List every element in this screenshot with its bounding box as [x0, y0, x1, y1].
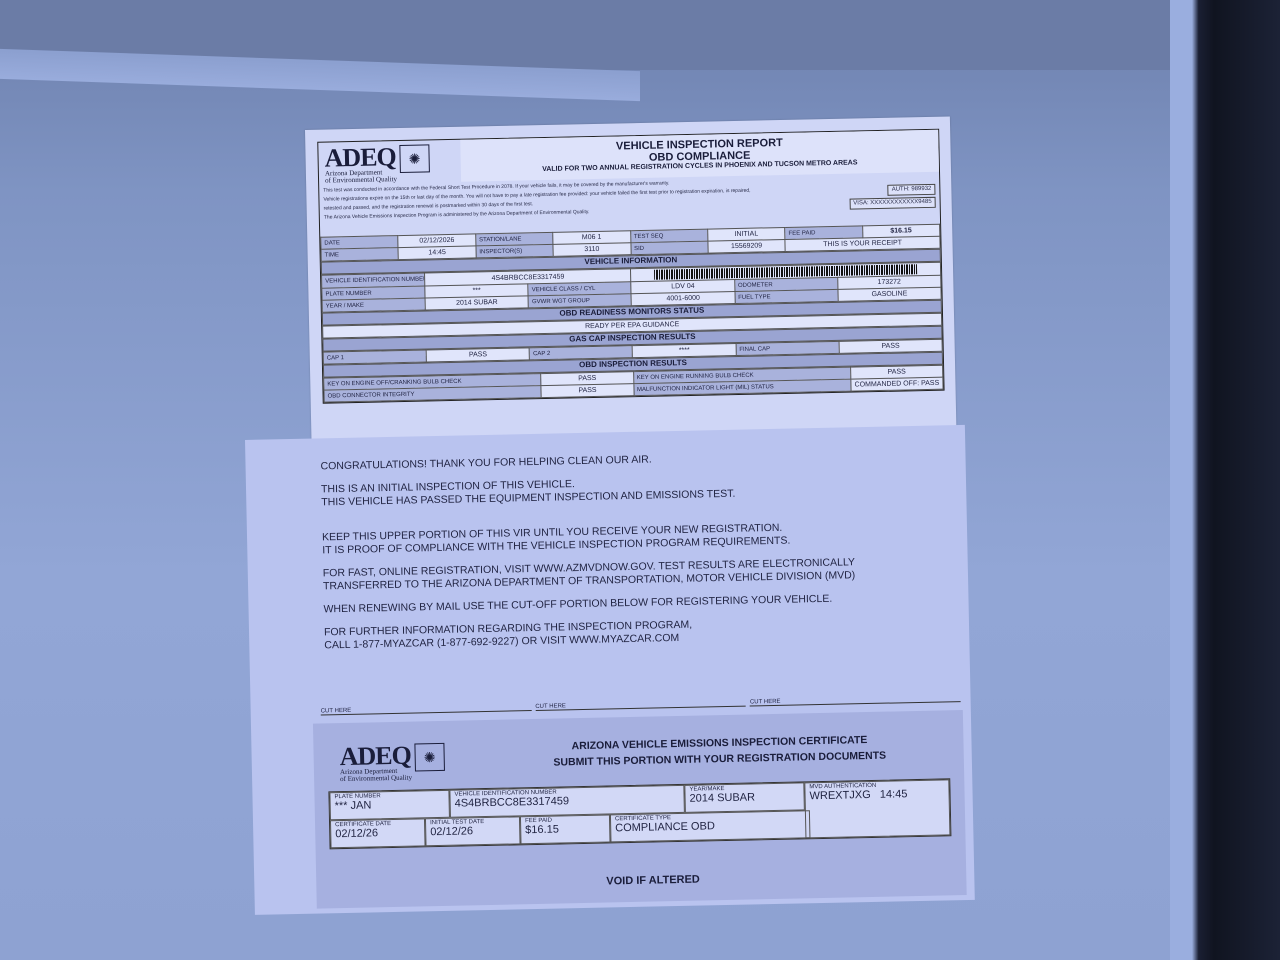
- mail-message: WHEN RENEWING BY MAIL USE THE CUT-OFF PO…: [323, 591, 923, 617]
- initial-date: 02/12/26: [430, 824, 515, 838]
- inspector-label: INSPECTOR(S): [476, 244, 554, 258]
- inspection-report-paper: ADEQ Arizona Department of Environmental…: [305, 130, 955, 920]
- test-time: 14:45: [398, 246, 476, 260]
- certificate-grid: PLATE NUMBER*** JAN VEHICLE IDENTIFICATI…: [328, 778, 951, 849]
- cert-mvd-auth: WREXTJXG 14:45: [809, 787, 944, 802]
- cut-here-label: CUT HERE: [750, 695, 961, 706]
- cert-plate: *** JAN: [335, 798, 445, 812]
- logo-sub-2: of Environmental Quality: [340, 775, 412, 784]
- void-notice: VOID IF ALTERED: [606, 874, 700, 888]
- cut-here-label: CUT HERE: [321, 704, 532, 715]
- cert-year-make: 2014 SUBAR: [689, 790, 799, 804]
- adeq-logo-certificate: ADEQ Arizona Department of Environmental…: [333, 738, 476, 787]
- congrats-message: CONGRATULATIONS! THANK YOU FOR HELPING C…: [320, 448, 920, 474]
- cert-date: 02/12/26: [335, 826, 420, 840]
- logo-text: ADEQ: [339, 744, 411, 770]
- mil-result: COMMANDED OFF: PASS: [851, 377, 943, 391]
- arizona-state-icon: ✺: [414, 743, 445, 772]
- windshield-frame: [1170, 0, 1280, 960]
- visa-number: VISA: XXXXXXXXXXXX9485: [849, 197, 936, 210]
- cert-type: COMPLIANCE OBD: [615, 818, 805, 834]
- time-label: TIME: [321, 248, 399, 262]
- report-lower-sheet: CONGRATULATIONS! THANK YOU FOR HELPING C…: [245, 425, 975, 915]
- arizona-state-icon: ✺: [399, 144, 430, 173]
- cut-here-label: CUT HERE: [535, 700, 746, 711]
- sid-label: SID: [630, 241, 708, 255]
- auth-code: AUTH: 989932: [888, 184, 936, 196]
- sid-value: 15569209: [708, 239, 786, 253]
- report-upper-sheet: ADEQ Arizona Department of Environmental…: [305, 116, 957, 449]
- report-form: ADEQ Arizona Department of Environmental…: [317, 129, 944, 404]
- adeq-logo: ADEQ Arizona Department of Environmental…: [318, 140, 461, 185]
- emissions-certificate: ADEQ Arizona Department of Environmental…: [313, 710, 967, 909]
- report-messages: CONGRATULATIONS! THANK YOU FOR HELPING C…: [320, 448, 924, 663]
- cert-fee: $16.15: [525, 823, 605, 837]
- inspector-id: 3110: [553, 243, 631, 257]
- connector-result: PASS: [541, 384, 633, 398]
- logo-text: ADEQ: [324, 145, 396, 171]
